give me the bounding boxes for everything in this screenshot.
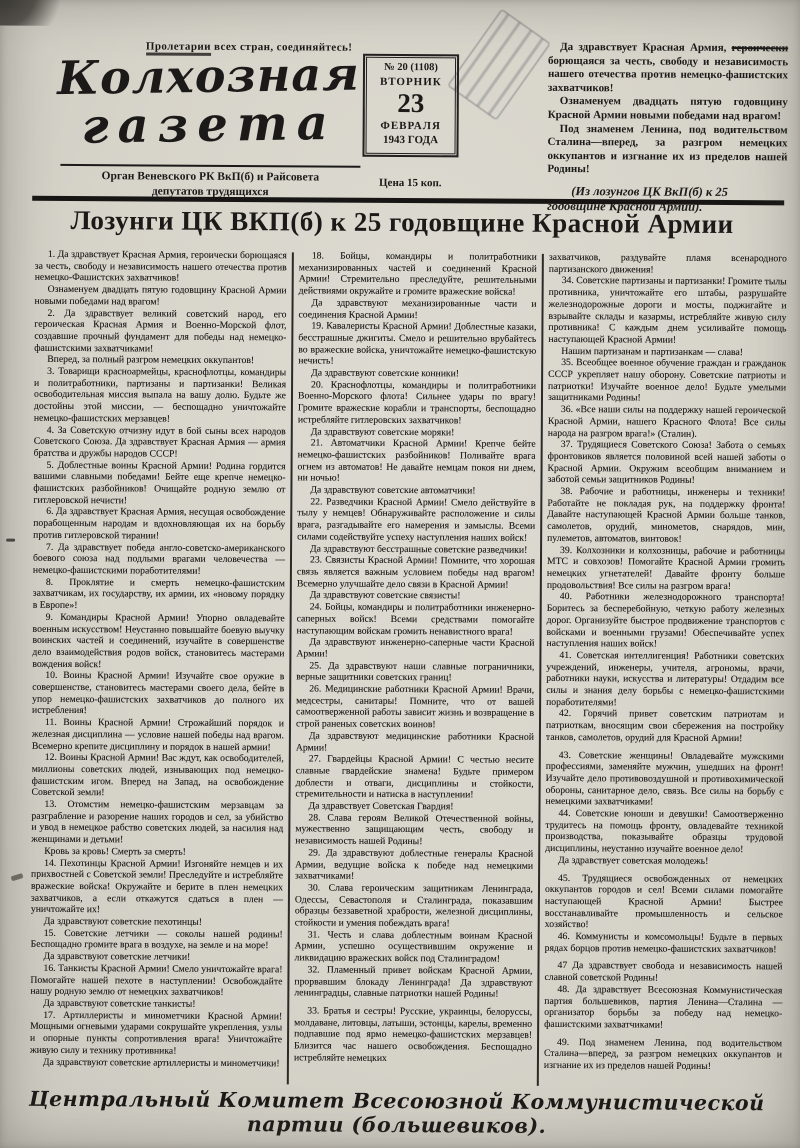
slogan-paragraph: 18. Бойцы, командиры и политработники ме…: [299, 250, 537, 298]
slogan-paragraph: 11. Воины Красной Армии! Строжайший поря…: [32, 717, 284, 754]
slogan-paragraph: 13. Отомстим немецко-фашистским мерзавца…: [31, 799, 283, 847]
lead-paragraph-2: Ознаменуем двадцать пятую годовщину Крас…: [548, 95, 788, 124]
lead-p1-post: борющаяся за честь, свободу и независимо…: [548, 54, 788, 94]
slogan-paragraph: 15. Советские летчики — соколы нашей род…: [31, 928, 283, 953]
slogan-paragraph: Да здравствуют механизированные части и …: [298, 297, 536, 322]
struck-word: героически: [732, 42, 789, 54]
slogan-paragraph: 46. Коммунисты и комсомольцы! Будьте в п…: [545, 931, 783, 956]
slogan-paragraph: 9. Командиры Красной Армии! Упорно овлад…: [32, 612, 284, 672]
slogan-paragraph: 22. Разведчики Красной Армии! Смело дейс…: [297, 496, 535, 544]
slogan-paragraph: 44. Советские юноши и девушки! Самоотвер…: [545, 808, 783, 856]
nameplate-line-1: Колхозная: [50, 50, 367, 101]
slogan-paragraph: 23. Связисты Красной Армии! Помните, что…: [297, 555, 535, 592]
body-columns: 1. Да здравствует Красная Армия, героиче…: [30, 249, 789, 1092]
issue-number: № 20 (1108): [365, 62, 457, 74]
slogan-paragraph: 5. Доблестные воины Красной Армии! Родин…: [33, 459, 285, 507]
slogan-paragraph: 39. Колхозники и колхозницы, рабочие и р…: [547, 544, 785, 592]
scan-blotch: [0, 0, 76, 26]
nameplate-line-2: газета: [51, 98, 368, 151]
slogan-paragraph: 32. Пламенный привет войскам Красной Арм…: [294, 964, 532, 1001]
slogan-paragraph: захватчиков, раздувайте пламя всенародно…: [549, 252, 787, 277]
page-content: Пролетарии всех стран, соединяйтесь! Кол…: [0, 0, 800, 1148]
slogan-paragraph: 6. Да здравствует Красная Армия, несущая…: [33, 506, 285, 543]
slogan-paragraph: 8. Проклятие и смерть немецко-фашистским…: [33, 576, 285, 613]
slogan-paragraph: 33. Братья и сестры! Русские, украинцы, …: [294, 1005, 532, 1065]
slogan-paragraph: 21. Автоматчики Красной Армии! Крепче бе…: [297, 438, 535, 486]
organ-line: Орган Веневского РК ВкП(б) и Райсовета д…: [60, 164, 360, 201]
slogan-paragraph: 4. За Советскую отчизну идут в бой сыны …: [34, 424, 286, 461]
page-title: Лозунги ЦК ВКП(б) к 25 годовщине Красной…: [2, 205, 800, 241]
newspaper-page: Пролетарии всех стран, соединяйтесь! Кол…: [0, 0, 800, 1148]
scan-speck: [11, 873, 24, 881]
lead-slogans-block: Да здравствует Красная Армия, героически…: [547, 41, 788, 215]
slogan-paragraph: 19. Кавалеристы Красной Армии! Доблестны…: [298, 321, 536, 369]
column-1: 1. Да здравствует Красная Армия, героиче…: [30, 249, 287, 1089]
slogan-paragraph: Ознаменуем двадцать пятую годовщину Крас…: [35, 284, 287, 309]
slogan-paragraph: 34. Советские партизаны и партизанки! Гр…: [548, 275, 786, 347]
slogan-paragraph: 27. Гвардейцы Красной Армии! С честью не…: [296, 754, 534, 802]
slogan-paragraph: 43. Советские женщины! Овладевайте мужск…: [545, 749, 783, 809]
lead-paragraph-3: Под знаменем Ленина, под водительством С…: [547, 122, 787, 178]
slogan-paragraph: 25. Да здравствуют наши славные погранич…: [296, 660, 534, 685]
issue-month: ФЕВРАЛЯ: [365, 120, 457, 133]
slogan-paragraph: 7. Да здравствует победа англо-советско-…: [33, 541, 285, 578]
slogan-paragraph: 38. Рабочие и работницы, инженеры и техн…: [547, 486, 785, 546]
slogan-paragraph: 48. Да здравствует Всесоюзная Коммунисти…: [544, 984, 782, 1032]
slogan-paragraph: 12. Воины Красной Армии! Вас ждут, как о…: [32, 752, 284, 800]
slogan-paragraph: 42. Горячий привет советским патриотам и…: [546, 708, 784, 745]
slogan-paragraph: 37. Трудящиеся Советского Союза! Забота …: [547, 439, 785, 487]
slogan-paragraph: 26. Медицинские работники Красной Армии!…: [296, 683, 534, 731]
slogan-paragraph: 49. Под знаменем Ленина, под водительств…: [544, 1037, 782, 1074]
slogan-paragraph: 31. Честь и слава доблестным воинам Крас…: [295, 929, 533, 966]
slogan-paragraph: 36. «Все наши силы на поддержку нашей ге…: [548, 404, 786, 441]
slogan-paragraph: 30. Слава героическим защитникам Ленингр…: [295, 882, 533, 930]
slogan-paragraph: Да здравствуют медицинские работники Кра…: [296, 730, 534, 755]
slogan-paragraph: 40. Работники железнодорожного транспорт…: [546, 591, 784, 651]
slogan-paragraph: 41. Советская интеллигенция! Работники с…: [546, 650, 784, 710]
issue-date-box: № 20 (1108) ВТОРНИК 23 ФЕВРАЛЯ 1943 ГОДА: [362, 54, 459, 158]
scan-speck: [6, 539, 15, 542]
slogan-paragraph: Да здравствуют инженерно-саперные части …: [296, 637, 534, 662]
slogan-paragraph: 24. Бойцы, командиры и политработники ин…: [297, 601, 535, 638]
slogan-paragraph: 28. Слава героям Великой Отечественной в…: [295, 812, 533, 849]
slogan-paragraph: 10. Воины Красной Армии! Изучайте свое о…: [32, 670, 284, 718]
column-2: 18. Бойцы, командиры и политработники ме…: [294, 250, 537, 1089]
slogan-paragraph: 17. Артиллеристы и минометчики Красной А…: [30, 1009, 282, 1057]
lead-paragraph-1: Да здравствует Красная Армия, героически…: [548, 41, 788, 97]
price-line: Цена 15 коп.: [358, 177, 462, 190]
library-stamp: [447, 9, 550, 120]
slogan-paragraph: 16. Танкисты Красной Армии! Смело уничто…: [30, 963, 282, 1000]
organ-line-1: Орган Веневского РК ВкП(б) и Райсовета: [60, 169, 360, 186]
slogan-paragraph: 14. Пехотинцы Красной Армии! Изгоняйте н…: [31, 857, 283, 917]
slogan-paragraph: 47 Да здравствует свобода и независимост…: [544, 960, 782, 985]
slogan-paragraph: 3. Товарищи красноармейцы, краснофлотцы,…: [34, 366, 286, 426]
lead-p1-pre: Да здравствует Красная Армия,: [560, 41, 732, 54]
column-3: захватчиков, раздувайте пламя всенародно…: [544, 252, 787, 1091]
slogan-paragraph: 35. Всеобщее военное обучение граждан и …: [548, 357, 786, 405]
slogan-paragraph: 45. Трудящиеся освобожденных от немецких…: [545, 872, 783, 932]
nameplate: Колхозная газета: [50, 50, 367, 151]
slogan-paragraph: Да здравствует советская молодежь!: [545, 855, 783, 868]
slogan-paragraph: Кровь за кровь! Смерть за смерть!: [31, 846, 283, 859]
slogan-paragraph: 1. Да здравствует Красная Армия, героиче…: [35, 249, 287, 286]
slogan-paragraph: 20. Краснофлотцы, командиры и политработ…: [298, 379, 536, 427]
slogan-paragraph: 29. Да здравствуют доблестные генералы К…: [295, 847, 533, 884]
signature-line: Центральный Комитет Всесоюзной Коммунист…: [0, 1087, 797, 1140]
issue-weekday: ВТОРНИК: [365, 76, 457, 89]
issue-year: 1943 ГОДА: [365, 134, 457, 147]
slogan-paragraph: Да здравствуют советские артиллеристы и …: [30, 1056, 282, 1069]
slogan-paragraph: 2. Да здравствует великий советский наро…: [34, 307, 286, 355]
issue-day: 23: [365, 90, 457, 118]
